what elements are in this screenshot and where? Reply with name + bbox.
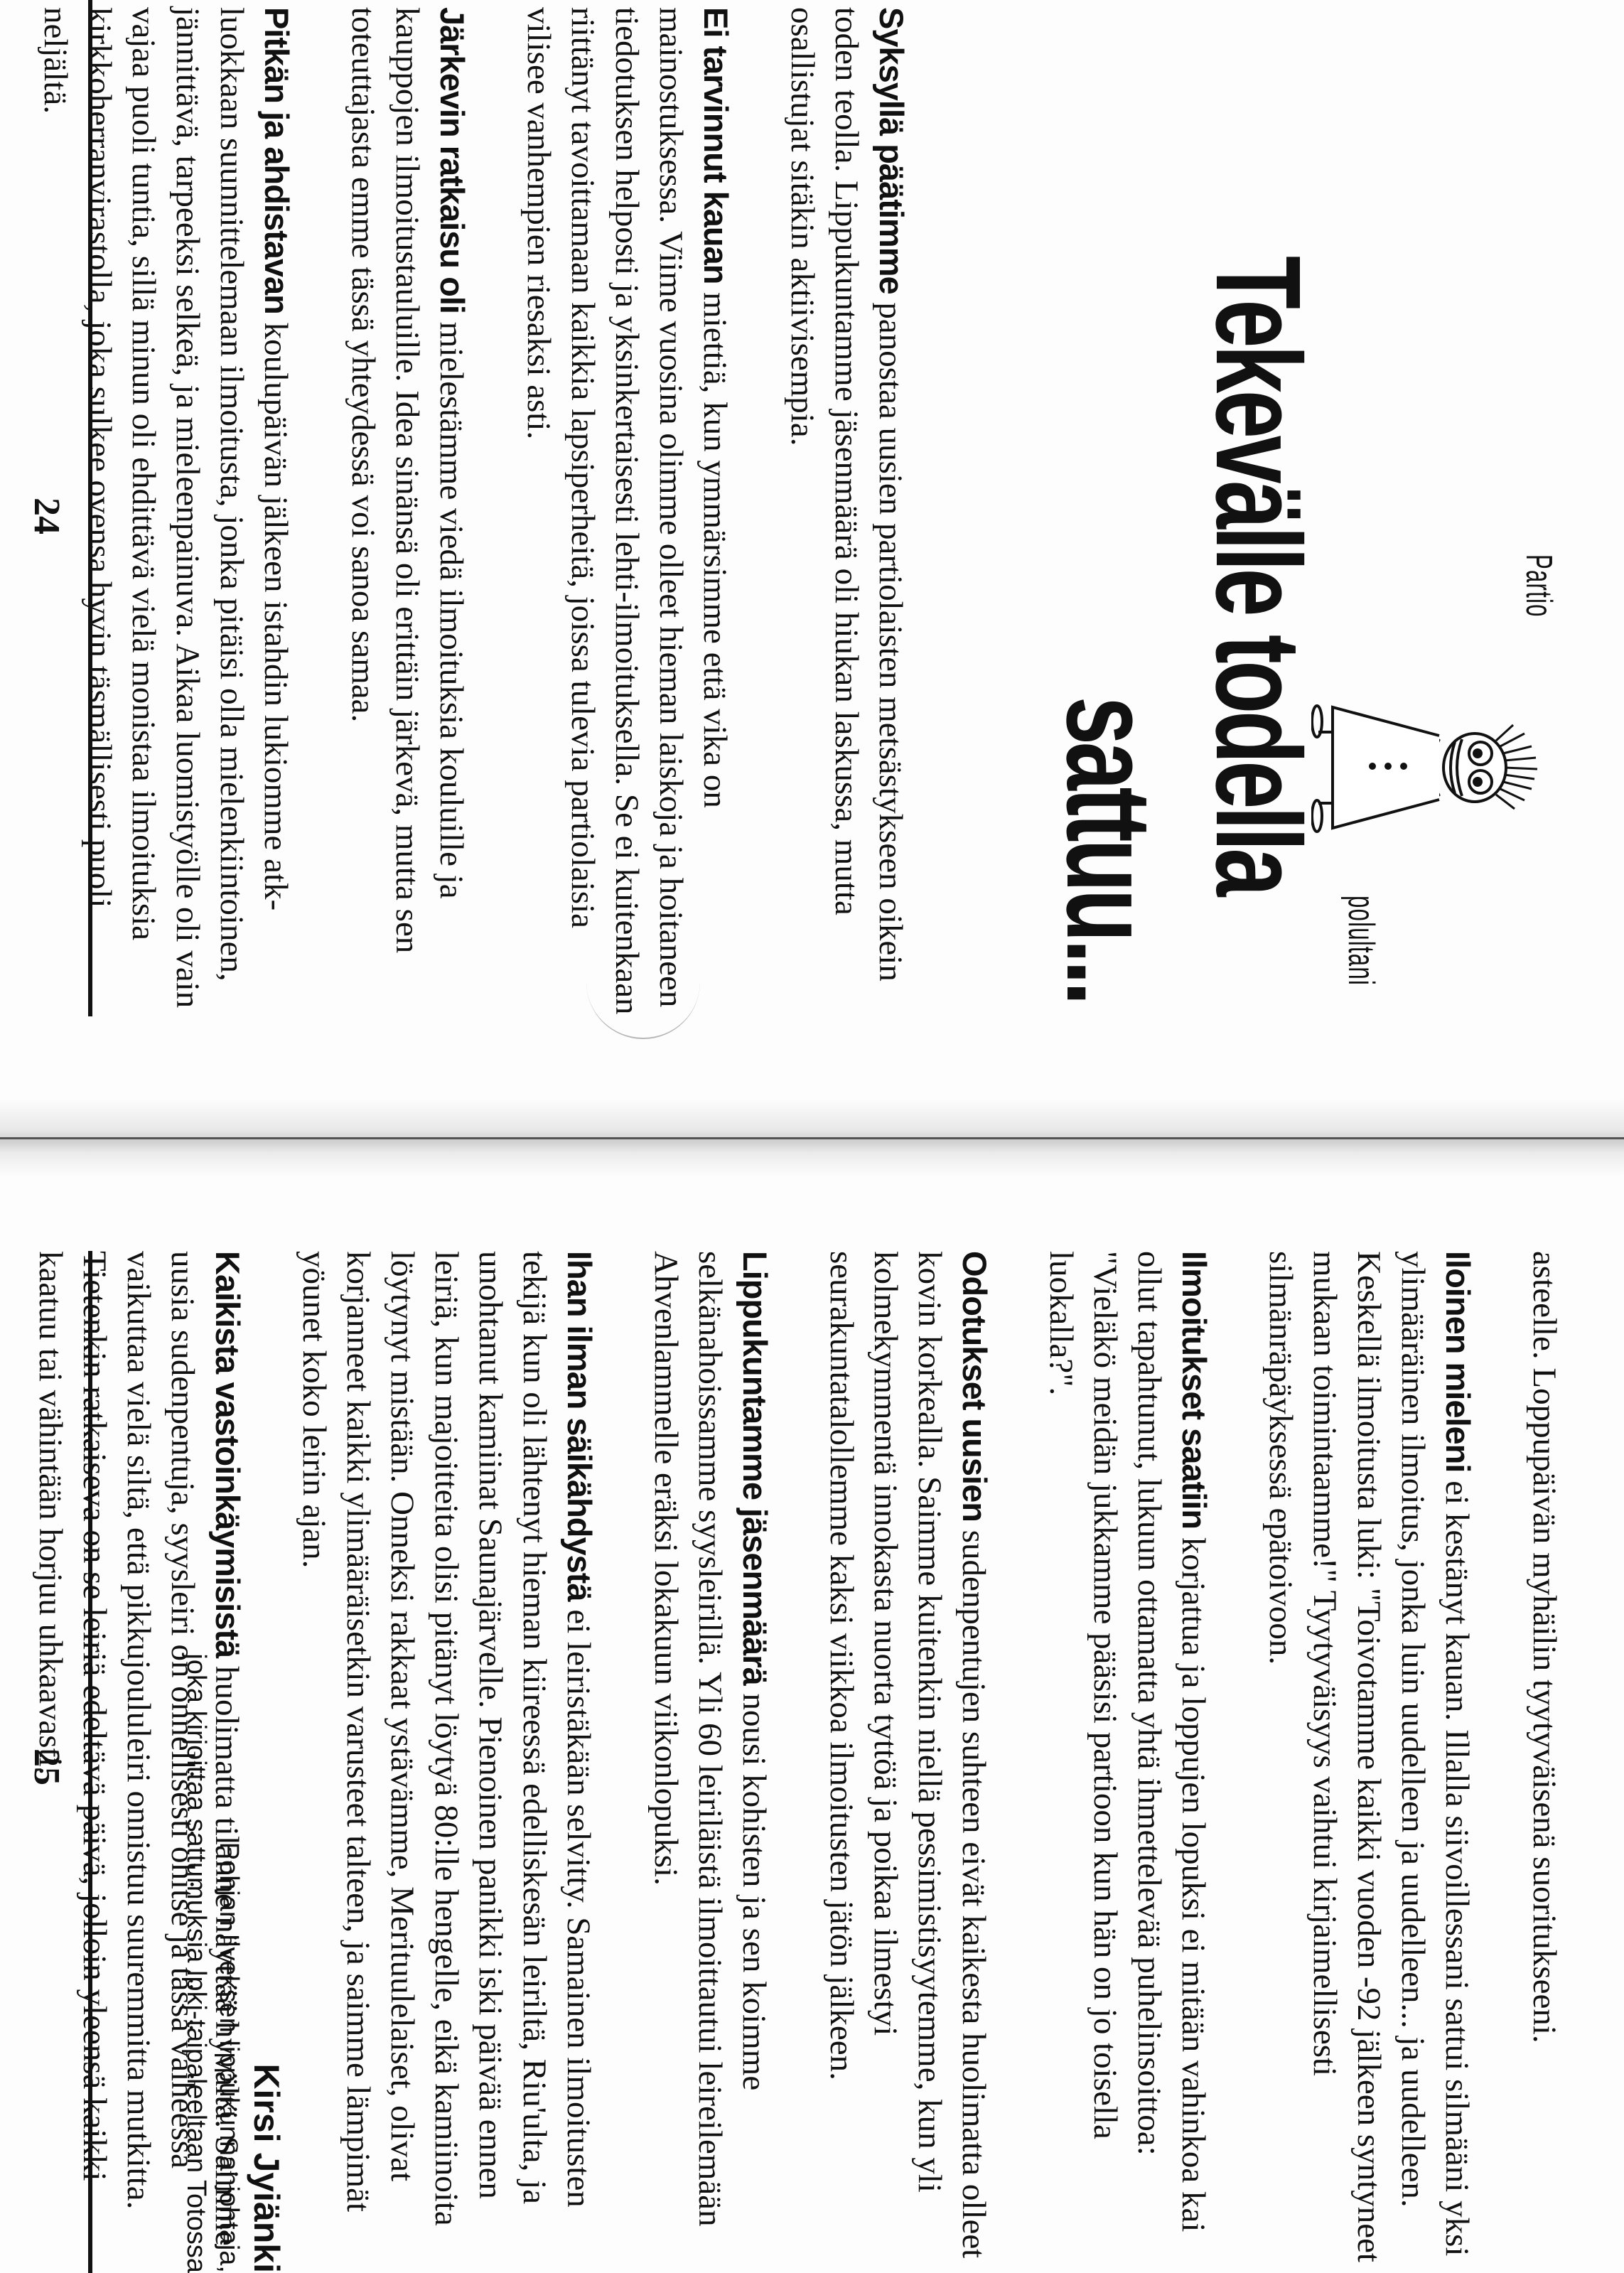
page-25: asteelle. Loppupäivän myhäilin tyytyväis… xyxy=(0,1166,1624,2273)
paragraph-lead: Kaikista vastoinkäymisistä xyxy=(209,1251,247,1657)
paragraph-lead: Pitkän ja ahdistavan xyxy=(258,7,296,314)
paragraph: Ei tarvinnut kauan miettiä, kun ymmärsim… xyxy=(517,7,738,1016)
scout-mascot-illustration xyxy=(1311,654,1546,967)
article-title-line-2: sattuu... xyxy=(1048,697,1169,1002)
pencil-mark xyxy=(586,952,700,1039)
left-page-body: Syksyllä päätimme panostaa uusien partio… xyxy=(0,7,913,1016)
footer-rule xyxy=(88,0,92,1016)
paragraph-lead: Ilmoitukset saatiin xyxy=(1176,1251,1213,1529)
paragraph-text: koulupäivän jälkeen istahdin lukiomme at… xyxy=(37,7,294,1008)
paragraph: Pitkän ja ahdistavan koulupäivän jälkeen… xyxy=(33,7,299,1016)
gutter-fold-line xyxy=(0,1137,1624,1139)
paragraph: Järkevin ratkaisu oli mielestämme viedä … xyxy=(341,7,474,1016)
author-signature: Kirsi Jyiänki Pohjan Ilveksen lippukunna… xyxy=(180,1653,288,2273)
paragraph: Iloinen mieleni ei kestänyt kauan. Illal… xyxy=(1259,1251,1480,2273)
paragraph: Ilmoitukset saatiin korjattua ja loppuje… xyxy=(1039,1251,1216,2273)
paragraph-lead: Odotukset uusien xyxy=(956,1251,994,1522)
paragraph: Syksyllä päätimme panostaa uusien partio… xyxy=(780,7,913,1016)
page-24: Partio polultani xyxy=(0,0,1624,1109)
magazine-spread: Partio polultani xyxy=(0,0,1624,2273)
article-title-line-1: Tekevälle todella xyxy=(1198,256,1318,893)
page-number: 25 xyxy=(26,1748,68,1785)
paragraph-text: asteelle. Loppupäivän myhäilin tyytyväis… xyxy=(1526,1251,1563,2043)
paragraph-lead: Iloinen mieleni xyxy=(1439,1251,1477,1472)
paragraph-lead: Ihan ilman säikähdystä xyxy=(561,1251,598,1601)
mascot-label-partio: Partio xyxy=(1517,554,1560,618)
paragraph: Ihan ilman säikähdystä ei leiristäkään s… xyxy=(292,1251,601,2273)
paragraph-lead: Järkevin ratkaisu oli xyxy=(434,7,471,313)
paragraph-lead: Lippukuntamme jäsenmäärä xyxy=(736,1251,774,1685)
page-number: 24 xyxy=(26,498,68,534)
author-role-line-1: Pohjan Ilveksen lippukunnanjohtaja, xyxy=(213,1653,245,2273)
paragraph-lead: Syksyllä päätimme xyxy=(873,7,910,294)
author-role-line-2: joka kirjoittaa sattumuksia lpkj-taipale… xyxy=(180,1653,213,2273)
paragraph: Lippukuntamme jäsenmäärä nousi kohisten … xyxy=(644,1251,777,2273)
paragraph: Odotukset uusien sudenpentujen suhteen e… xyxy=(819,1251,996,2273)
paragraph: asteelle. Loppupäivän myhäilin tyytyväis… xyxy=(1522,1251,1567,2273)
paragraph-text: ei leiristäkään selvitty. Samainen ilmoi… xyxy=(296,1251,597,2226)
author-name: Kirsi Jyiänki xyxy=(245,1653,288,2273)
footer-rule xyxy=(88,1251,92,2273)
paragraph-lead: Ei tarvinnut kauan xyxy=(697,7,735,284)
